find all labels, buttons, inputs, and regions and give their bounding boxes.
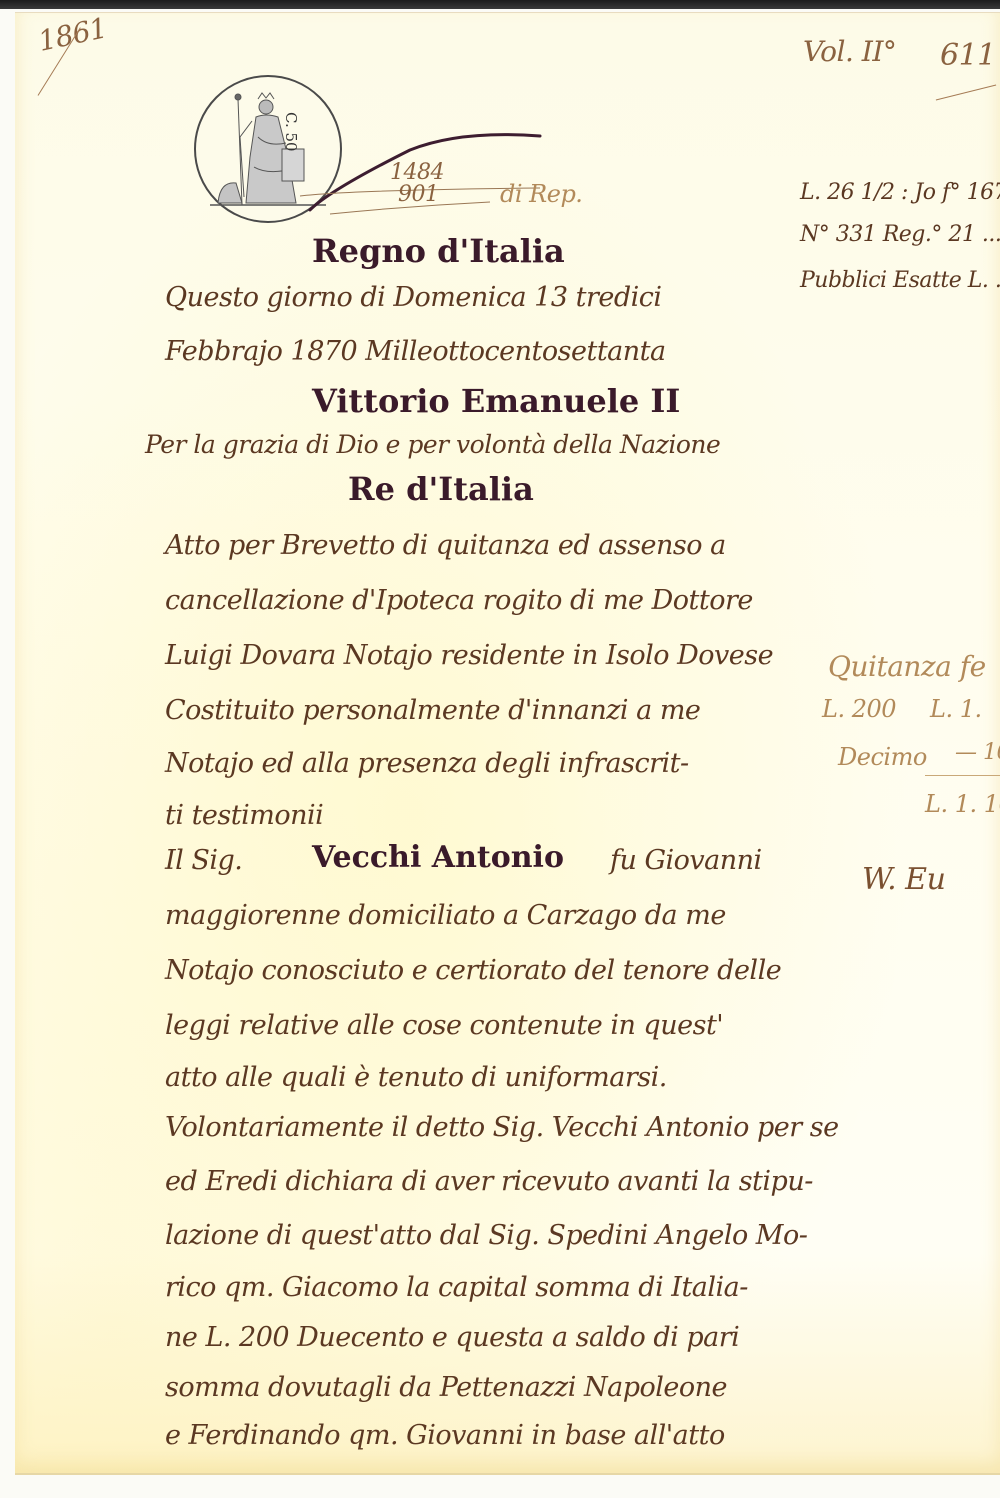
body-line-suffix: fu Giovanni xyxy=(610,845,762,876)
body-line: Notajo ed alla presenza degli infrascrit… xyxy=(165,748,689,779)
body-line: maggiorenne domiciliato a Carzago da me xyxy=(165,900,726,931)
fiscal-note-line-1: L. 26 1/2 : Jo f° 167 xyxy=(800,180,1000,205)
repertory-label: di Rep. xyxy=(500,180,582,208)
body-line: e Ferdinando qm. Giovanni in base all'at… xyxy=(165,1420,725,1451)
fiscal-note-line-2: N° 331 Reg.° 21 ... xyxy=(800,222,1000,247)
body-line: Luigi Dovara Notajo residente in Isolo D… xyxy=(165,640,773,671)
body-line: Per la grazia di Dio e per volontà della… xyxy=(145,430,720,459)
decimo-label: Decimo xyxy=(838,743,927,771)
body-line: Volontariamente il detto Sig. Vecchi Ant… xyxy=(165,1112,839,1143)
body-line: ti testimonii xyxy=(165,800,323,831)
body-line: cancellazione d'Ipoteca rogito di me Dot… xyxy=(165,585,753,616)
body-line: ne L. 200 Duecento e questa a saldo di p… xyxy=(165,1322,739,1353)
quitanza-tax: L. 1. xyxy=(930,695,982,723)
decimo-value: — 10 xyxy=(955,740,1000,765)
body-line: Atto per Brevetto di quitanza ed assenso… xyxy=(165,530,726,561)
scan-top-border xyxy=(0,0,1000,9)
body-line: leggi relative alle cose contenute in qu… xyxy=(165,1010,723,1041)
fiscal-total: L. 1. 10 xyxy=(925,790,1000,818)
body-line: somma dovutagli da Pettenazzi Napoleone xyxy=(165,1372,727,1403)
body-line: ed Eredi dichiara di aver ricevuto avant… xyxy=(165,1166,813,1197)
page-number: 611 xyxy=(940,38,996,73)
fiscal-note-line-3: Pubblici Esatte L. ... xyxy=(800,268,1000,293)
quitanza-amount: L. 200 xyxy=(822,695,896,723)
repertory-number: 901 xyxy=(398,182,439,207)
quitanza-label: Quitanza fe xyxy=(828,650,986,683)
body-line: rico qm. Giacomo la capital somma di Ita… xyxy=(165,1272,748,1303)
body-line: Notajo conosciuto e certiorato del tenor… xyxy=(165,955,781,986)
party-name: Vecchi Antonio xyxy=(312,840,564,875)
heading-re-d-italia: Re d'Italia xyxy=(348,470,534,508)
heading-regno-d-italia: Regno d'Italia xyxy=(312,232,565,270)
heading-king-name: Vittorio Emanuele II xyxy=(312,382,680,420)
body-line: Costituito personalmente d'innanzi a me xyxy=(165,695,700,726)
body-line: atto alle quali è tenuto di uniformarsi. xyxy=(165,1062,667,1093)
sum-line xyxy=(925,775,1000,776)
body-line: Febbrajo 1870 Milleottocentosettanta xyxy=(165,336,666,367)
registrar-initials: W. Eu xyxy=(862,862,945,897)
body-line: Questo giorno di Domenica 13 tredici xyxy=(165,282,662,313)
body-line-prefix: Il Sig. xyxy=(165,845,242,876)
body-line: lazione di quest'atto dal Sig. Spedini A… xyxy=(165,1220,807,1251)
volume-label: Vol. II° xyxy=(803,35,896,68)
